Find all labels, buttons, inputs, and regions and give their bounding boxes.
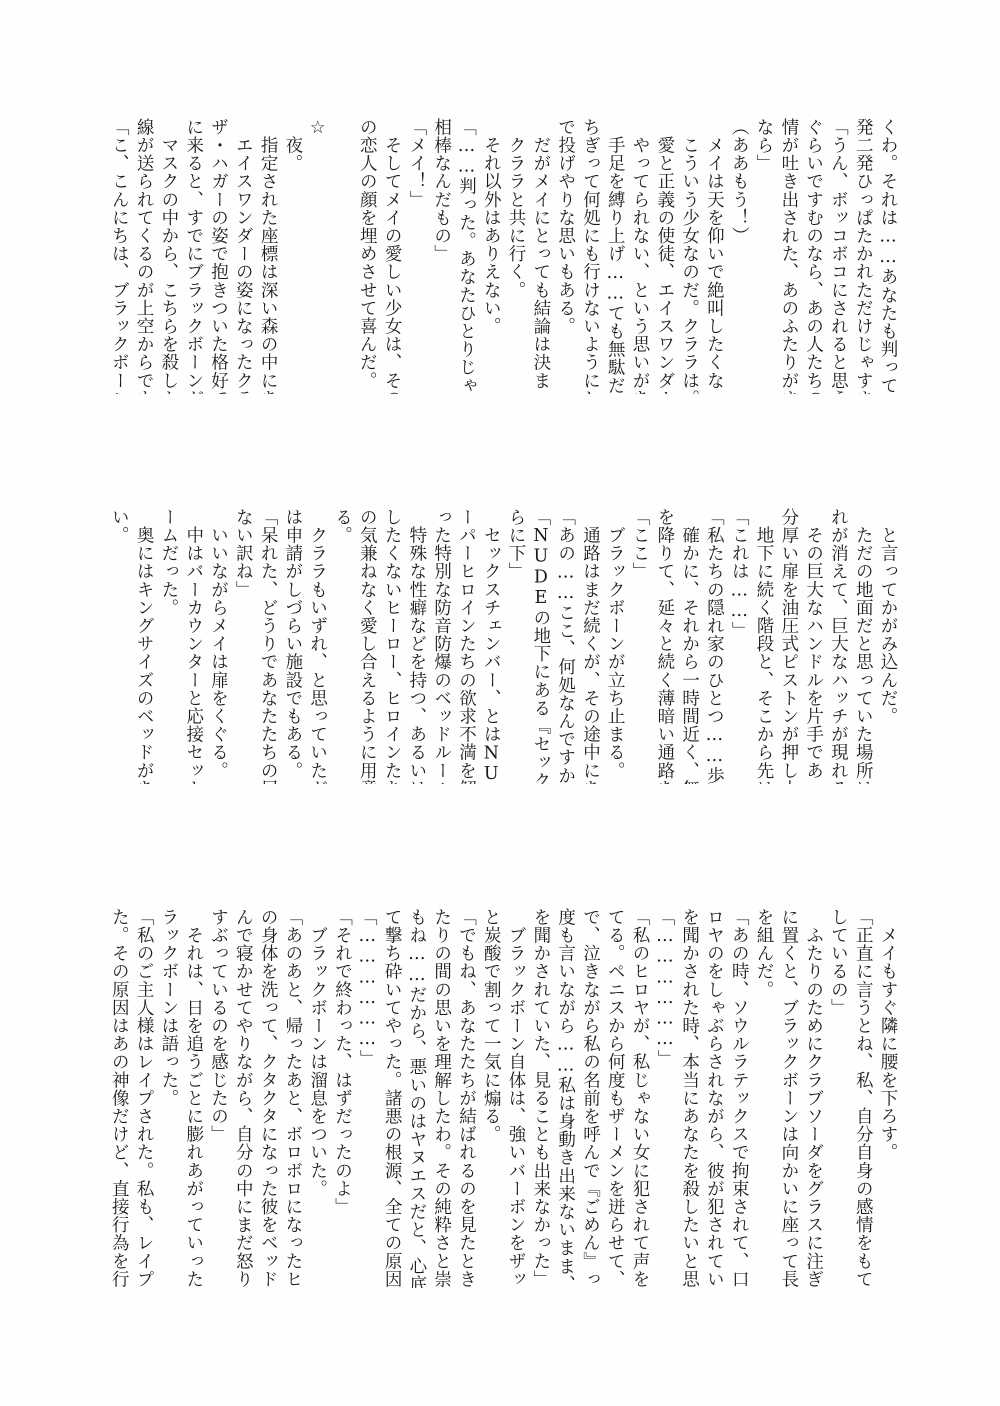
text-column: ロヤのをしゃぶらされながら、彼が犯されているの <box>702 908 727 1288</box>
text-column: もね……だから、悪いのはヤヌエスだと、心底思っ <box>404 908 429 1288</box>
text-column: 発二発ひっぱたかれただけじゃすまない」 <box>850 118 875 394</box>
text-column: れが消えて、巨大なハッチが現れる。 <box>826 508 851 784</box>
text-column: んで寝かせてやりながら、自分の中にまだ怒りがく <box>230 908 255 1288</box>
text-column: ザ・ハガーの姿で抱きついた格好でメイがその場所 <box>206 118 231 394</box>
text-column: 「私のご主人様はレイプされた。私も、レイプされ <box>131 908 156 1288</box>
text-column: したくないヒーロー、ヒロインたちがスキャンダル <box>379 508 404 784</box>
text-column: 「私たちの隠れ家のひとつ……歩くわよ」 <box>702 508 727 784</box>
text-column: ラックボーンは語った。 <box>156 908 181 1288</box>
text-column: ☆ <box>305 118 330 394</box>
text-column: に置くと、ブラックボーンは向かいに座って長い脚 <box>776 908 801 1288</box>
text-column: 「これは……」 <box>726 508 751 784</box>
text-column: の気兼ねなく愛し合えるように用意された場所であ <box>354 508 379 784</box>
text-column: た。その原因はあの神像だけど、直接行為を行った <box>112 908 131 1288</box>
text-column: こういう少女なのだ。クララは。 <box>677 118 702 394</box>
text-column: マスクの中から、こちらを殺しかねない殺気の死 <box>156 118 181 394</box>
text-column: で投げやりな思いもある。 <box>553 118 578 394</box>
text-column: 「あの……ここ、何処なんですか？」 <box>553 508 578 784</box>
text-column: メイもすぐ隣に腰を下ろす。 <box>875 908 900 1288</box>
text-column: 「私のヒロヤが、私じゃない女に犯されて声を上げ <box>627 908 652 1288</box>
text-column: すぶっているのを感じたの」 <box>206 908 231 1288</box>
text-column: くわ。それは……あなたも判ってるでしょう？ 一 <box>875 118 900 394</box>
text-column: の恋人の顔を埋めさせて喜んだ。 <box>354 118 379 394</box>
text-column: の身体を洗って、クタクタになった彼をベッドに運 <box>255 908 280 1288</box>
text-column: 分厚い扉を油圧式ピストンが押し上げる。 <box>776 508 801 784</box>
text-column: 特殊な性癖などを持つ、あるいは交際を表沙汰に <box>404 508 429 784</box>
text-column: 「でもね、あなたたちが結ばれるのを見たとき、ふ <box>454 908 479 1288</box>
text-column: それは、日を追うごとに膨れあがっていったとブ <box>181 908 206 1288</box>
text-column: クララもいずれ、と思っていたがなかなか学生に <box>305 508 330 784</box>
text-column: は申請がしづらい施設でもある。 <box>280 508 305 784</box>
text-column: ーパーヒロインたちの欲求不満を解消するために作 <box>454 508 479 784</box>
text-column: クララと共に行く。 <box>503 118 528 394</box>
text-column: その巨大なハンドルを片手であっという間に回し、 <box>801 508 826 784</box>
text-column: ぐらいですむのなら、あの人たちの中から、黒い感 <box>801 118 826 394</box>
text-column: と言ってかがみ込んだ。 <box>875 508 900 784</box>
text-column: と炭酸で割って一気に煽る。 <box>478 908 503 1288</box>
text-column: 度も言いながら……私は身動き出来ないまま、それ <box>553 908 578 1288</box>
text-column: 「こ、こんにちは、ブラックボーン」 <box>112 118 131 394</box>
text-column: を組んだ。 <box>751 908 776 1288</box>
text-column: 「……判った。あなたひとりじゃ行かせない。私、 <box>454 118 479 394</box>
text-column: 地下に続く階段と、そこから先は通路があった。 <box>751 508 776 784</box>
document-page: くわ。それは……あなたも判ってるでしょう？ 一発二発ひっぱたかれただけじゃすまな… <box>0 0 1000 1406</box>
text-column: て撃ち砕いてやった。諸悪の根源、全ての原因をね」 <box>379 908 404 1288</box>
text-column: ブラックボーン自体は、強いバーボンをザックリ <box>503 908 528 1288</box>
text-tier-lower: メイもすぐ隣に腰を下ろす。「正直に言うとね、私、自分自身の感情をもてあましている… <box>112 908 900 1288</box>
text-column: ない訳ね」 <box>230 508 255 784</box>
text-column: しているの」 <box>826 908 851 1288</box>
text-column: 「NUDEの地下にある『セックスチェンバー』のさ <box>528 508 553 784</box>
text-column: 愛と正義の使徒、エイスワンダー。 <box>652 118 677 394</box>
text-column: 手足を縛り上げ……ても無駄だから、いっそ引き <box>602 118 627 394</box>
text-column: 「あの時、ソウルラテックスで拘束されて、口でヒ <box>726 908 751 1288</box>
text-column: エイスワンダーの姿になったクララに、ハニー・ <box>230 118 255 394</box>
text-column: 線が送られてくるのが上空からでも判った。 <box>131 118 156 394</box>
text-column: に来ると、すでにブラックボーンが待っていた。 <box>181 118 206 394</box>
text-column: 「………………」 <box>652 908 677 1288</box>
text-column: る。 <box>330 508 355 784</box>
text-tier-upper: くわ。それは……あなたも判ってるでしょう？ 一発二発ひっぱたかれただけじゃすまな… <box>112 118 900 394</box>
text-column: 夜。 <box>280 118 305 394</box>
text-column: （ああもう！） <box>726 118 751 394</box>
text-column: ただの地面だと思っていた場所は立体映像で、そ <box>850 508 875 784</box>
text-column: 「あのあと、帰ったあと、ボロボロになったヒロヤ <box>280 908 305 1288</box>
text-column: セックスチェンバー、とはNUDEが所属するス <box>478 508 503 784</box>
text-column: 「メイ！」 <box>404 118 429 394</box>
text-column: 指定された座標は深い森の中にあった。 <box>255 118 280 394</box>
text-column: ームだった。 <box>156 508 181 784</box>
text-column: い。 <box>112 508 131 784</box>
text-column: そしてメイの愛しい少女は、その豊満な胸に眼鏡 <box>379 118 404 394</box>
text-column: 「呆れた、どうりであなたたちの居場所が特定出来 <box>255 508 280 784</box>
text-column: 中はバーカウンターと応接セットのあるベッドル <box>181 508 206 784</box>
text-column: てる。ペニスから何度もザーメンを迸らせて、喘い <box>602 908 627 1288</box>
text-column: ちぎって何処にも行けないようにしたいという残酷 <box>578 118 603 394</box>
text-column: 奥にはキングサイズのベッドがあり、照明は明る <box>131 508 156 784</box>
text-column: だがメイにとっても結論は決まっているのだ。 <box>528 118 553 394</box>
text-column: ブラックボーンが立ち止まる。 <box>602 508 627 784</box>
text-column: 「それで終わった、はずだったのよ」 <box>330 908 355 1288</box>
text-column: を聞かされた時、本当にあなたを殺したいと思った」 <box>677 908 702 1288</box>
text-column: やってられない、という思いがある。 <box>627 118 652 394</box>
text-column: ブラックボーンは溜息をついた。 <box>305 908 330 1288</box>
text-column: 「正直に言うとね、私、自分自身の感情をもてあま <box>850 908 875 1288</box>
text-column: 確かに、それから一時間近く、無言で三人は階段 <box>677 508 702 784</box>
text-column: を聞かされていた、見ることも出来なかった」 <box>528 908 553 1288</box>
text-column: メイは天を仰いで絶叫したくなった。 <box>702 118 727 394</box>
text-column: らに下」 <box>503 508 528 784</box>
text-column: たりの間の思いを理解したわ。その純粋さと崇高さ <box>429 908 454 1288</box>
text-column: で、泣きながら私の名前を呼んで『ごめん』って何 <box>578 908 603 1288</box>
text-column: 通路はまだ続くが、その途中にある扉だった。 <box>578 508 603 784</box>
text-tier-middle: と言ってかがみ込んだ。 ただの地面だと思っていた場所は立体映像で、それが消えて、… <box>112 508 900 784</box>
text-column: った特別な防音防爆のベッドルームのこと。 <box>429 508 454 784</box>
text-column: それ以外はありえない。 <box>478 118 503 394</box>
text-column: 「うん、ボッコボコにされると思う……でも、それ <box>826 118 851 394</box>
text-column <box>330 118 355 394</box>
text-column: なら」 <box>751 118 776 394</box>
text-column: 「ここ」 <box>627 508 652 784</box>
text-column: 情が吐き出された、あのふたりがまた仲良くなれる <box>776 118 801 394</box>
text-column: 相棒なんだもの」 <box>429 118 454 394</box>
text-column: ふたりのためにクラブソーダをグラスに注ぎ、前 <box>801 908 826 1288</box>
text-column: 「………………」 <box>354 908 379 1288</box>
text-column: を降りて、延々と続く薄暗い通路を歩き続けた。 <box>652 508 677 784</box>
text-column: いいながらメイは扉をくぐる。 <box>206 508 231 784</box>
